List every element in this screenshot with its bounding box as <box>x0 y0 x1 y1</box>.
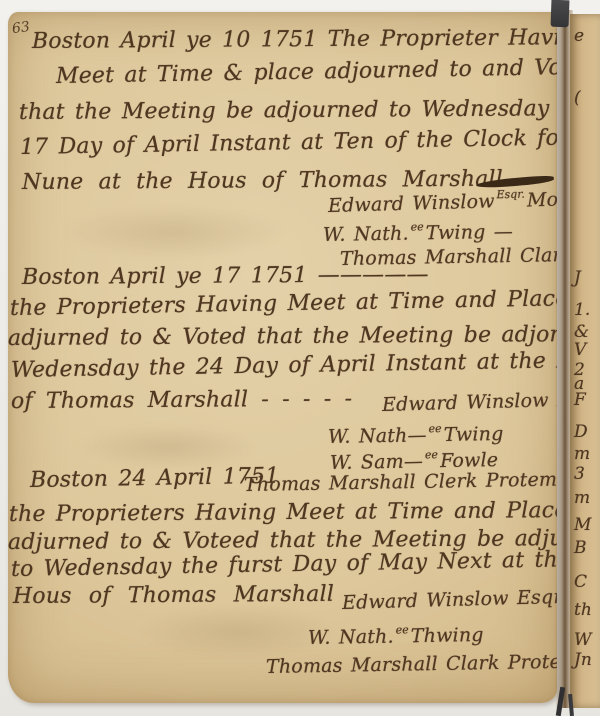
facing-page-fragment: e <box>574 26 584 46</box>
signature-name: W. Nath. <box>323 223 409 246</box>
facing-page-fragment: B <box>574 538 587 558</box>
manuscript-line: the Proprieters Having Meet at Time and … <box>9 498 557 527</box>
signature-superscript: ee <box>396 623 409 636</box>
signature-line: W. Nath.eeTwing — <box>323 219 513 246</box>
signature-line: W. Nath—eeTwing <box>328 421 504 448</box>
signature-role: Twing <box>444 423 504 446</box>
facing-page-fragment: 3 <box>574 464 585 484</box>
manuscript-page: 63 Boston April ye 10 1751 The Propriete… <box>8 12 557 703</box>
signature-superscript: ee <box>428 422 441 435</box>
signature-superscript: Esqr. <box>496 188 525 202</box>
facing-page-fragment: D <box>574 422 588 442</box>
manuscript-line: 17 Day of April Instant at Ten of the Cl… <box>20 125 557 160</box>
facing-page-fragment: th <box>574 600 592 620</box>
signature-name: Edward Winslow <box>328 190 495 217</box>
manuscript-line: that the Meeting be adjourned to Wednesd… <box>19 96 557 125</box>
facing-page-fragment: M <box>574 515 591 535</box>
signature-line: W. Nath.eeThwing <box>308 622 484 649</box>
scanned-manuscript: 63 Boston April ye 10 1751 The Propriete… <box>0 0 600 716</box>
signature-name: W. Nath— <box>328 424 427 448</box>
manuscript-line: the Proprieters Having Meet at Time and … <box>10 286 557 321</box>
signature-superscript: ee <box>411 220 424 233</box>
signature-name: Edward Winslow Esqr. Modrat <box>342 583 557 614</box>
manuscript-line: Wedensday the 24 Day of April Instant at… <box>11 347 557 383</box>
entry-heading: Boston April ye 17 1751 ————— <box>22 262 429 290</box>
signature-role: Twing — <box>426 221 514 245</box>
signature-name: Thomas Marshall Clark Protemp <box>266 650 557 678</box>
signature-line: Edward Winslow Esq Modrotor <box>382 384 557 416</box>
manuscript-line: adjurned to & Voted that the Meeting be … <box>8 322 557 351</box>
manuscript-line: Hous of Thomas Marshall <box>13 582 334 609</box>
facing-page-fragment: Jn <box>574 650 592 670</box>
signature-line: Thomas Marshall Clark Protemp <box>266 648 557 678</box>
facing-page-fragment: F <box>574 390 586 410</box>
facing-page-fragment: V <box>574 340 586 360</box>
signature-name: Edward Winslow Esq Modro <box>382 386 557 416</box>
facing-page-sliver: e ( J 1. & V 2 a F D m 3 m M B C th W Jn <box>570 14 600 708</box>
facing-page-fragment: 1. <box>574 300 590 320</box>
manuscript-line: Boston April ye 10 1751 The Proprieter H… <box>32 25 557 54</box>
binding-clip <box>551 0 570 27</box>
signature-role: Modrator — <box>527 186 557 211</box>
entry-heading: Boston 24 April 1751 <box>30 464 280 493</box>
facing-page-fragment: m <box>574 488 590 508</box>
signature-name: Thomas Marshall Clerk Protemp <box>244 468 557 496</box>
facing-page-fragment: ( <box>574 88 581 108</box>
signature-superscript: ee <box>425 448 438 461</box>
facing-page-fragment: m <box>574 444 590 464</box>
signature-line: Edward Winslow Esqr. Modrator <box>342 581 557 614</box>
facing-page-fragment: & <box>574 322 589 342</box>
facing-page-fragment: C <box>574 572 587 592</box>
signature-line: Thomas Marshall Clerk Protemp <box>244 466 557 496</box>
facing-page-fragment: J <box>574 268 581 288</box>
manuscript-line: of Thomas Marshall - - - - - <box>11 387 352 414</box>
signature-role: Thwing <box>411 624 484 647</box>
page-number: 63 <box>11 19 31 37</box>
manuscript-line: Meet at Time & place adjourned to and Vo… <box>56 55 557 89</box>
bleed-through-smudge <box>48 202 298 262</box>
facing-page-fragment: W <box>574 630 591 650</box>
signature-name: W. Nath. <box>308 626 394 649</box>
